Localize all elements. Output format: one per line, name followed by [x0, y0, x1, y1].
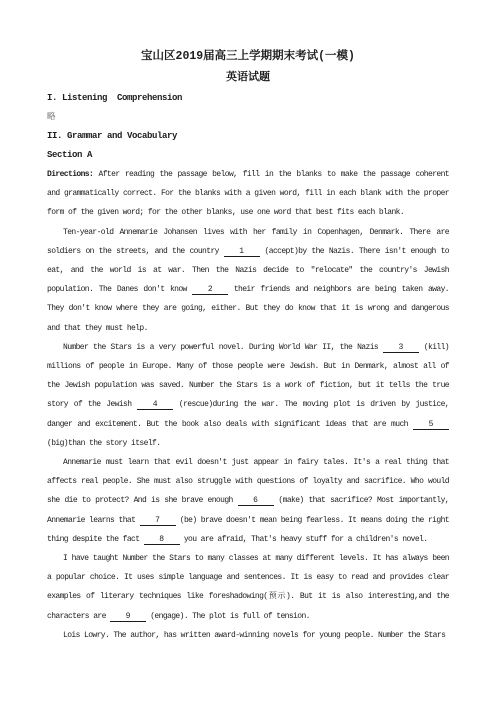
- fill-in-blank-5: 5: [413, 420, 449, 430]
- passage-paragraph: I have taught Number the Stars to many c…: [47, 549, 449, 626]
- exam-title: 宝山区2019届高三上学期期末考试(一模): [47, 46, 449, 68]
- passage: Ten-year-old Annemarie Johansen lives wi…: [47, 223, 449, 645]
- exam-page: 宝山区2019届高三上学期期末考试(一模) 英语试题 I. Listening …: [0, 0, 496, 702]
- fill-in-blank-2: 2: [192, 285, 228, 295]
- fill-in-blank-6: 6: [238, 496, 274, 506]
- passage-paragraph: Number the Stars is a very powerful nove…: [47, 338, 449, 453]
- fill-in-blank-8: 8: [144, 535, 180, 545]
- passage-paragraph: Lois Lowry. The author, has written awar…: [47, 626, 449, 645]
- directions-text: After reading the passage below, fill in…: [47, 170, 449, 217]
- fill-in-blank-4: 4: [137, 400, 173, 410]
- passage-paragraph: Ten-year-old Annemarie Johansen lives wi…: [47, 223, 449, 338]
- passage-paragraph: Annemarie must learn that evil doesn't j…: [47, 453, 449, 549]
- exam-subtitle: 英语试题: [47, 68, 449, 89]
- listening-section-heading: I. Listening Comprehension: [47, 89, 449, 108]
- section-a-heading: Section A: [47, 146, 449, 165]
- fill-in-blank-3: 3: [383, 343, 419, 353]
- directions-label: Directions:: [47, 170, 93, 179]
- fill-in-blank-7: 7: [140, 516, 176, 526]
- fill-in-blank-1: 1: [224, 247, 260, 257]
- listening-omitted-note: 略: [47, 108, 449, 127]
- fill-in-blank-9: 9: [110, 612, 146, 622]
- grammar-section-heading: II. Grammar and Vocabulary: [47, 127, 449, 146]
- directions: Directions: After reading the passage be…: [47, 165, 449, 223]
